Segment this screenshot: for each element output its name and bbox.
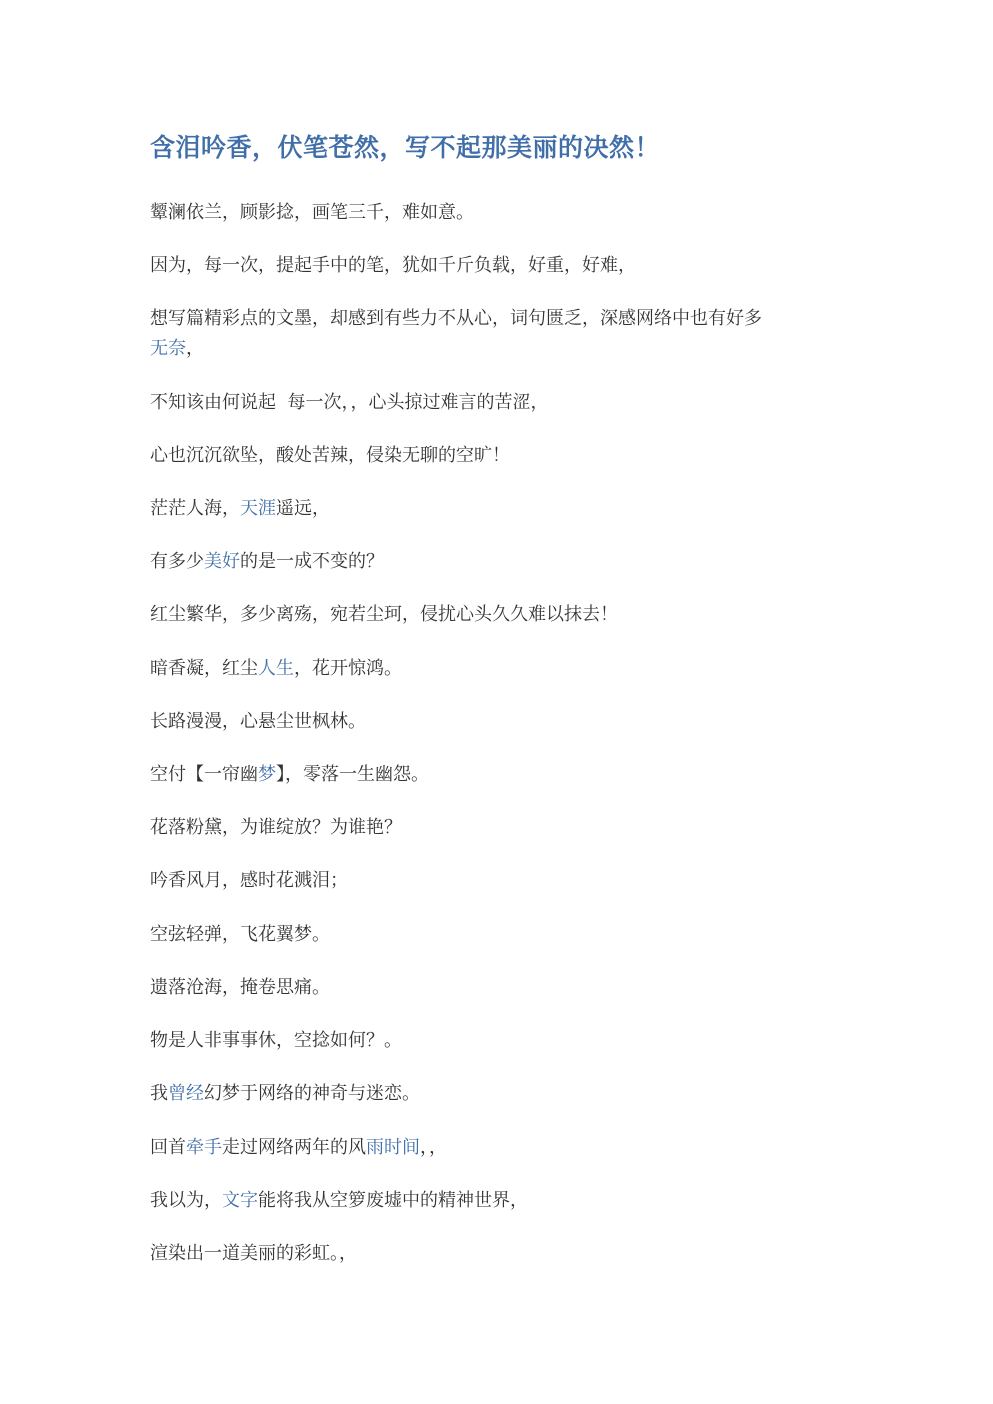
paragraph: 我以为，文字能将我从空箩废墟中的精神世界，	[150, 1186, 528, 1216]
text-segment: 因为，每一次，提起手中的笔，犹如千斤负载，好重，好难，	[150, 255, 636, 276]
text-segment: ，花开惊鸿。	[294, 658, 402, 679]
text-segment: 渲染出一道美丽的彩虹。，	[150, 1243, 357, 1264]
keyword-link[interactable]: 牵手	[186, 1137, 222, 1158]
text-segment: 遥远，	[276, 498, 330, 519]
text-segment: 空弦轻弹，飞花翼梦。	[150, 924, 330, 945]
text-segment: 我	[150, 1083, 168, 1104]
paragraph: 不知该由何说起 每一次，，心头掠过难言的苦涩，	[150, 388, 548, 418]
text-segment: ，，	[420, 1137, 447, 1158]
paragraph: 回首牵手走过网络两年的风雨时间，，	[150, 1133, 447, 1163]
text-segment: 暗香凝，红尘	[150, 658, 258, 679]
paragraph: 茫茫人海，天涯遥远，	[150, 494, 330, 524]
paragraph: 遗落沧海，掩卷思痛。	[150, 973, 330, 1003]
text-segment: 花落粉黛，为谁绽放？为谁艳？	[150, 817, 402, 838]
document-title: 含泪吟香，伏笔苍然，写不起那美丽的决然！	[150, 128, 660, 164]
text-segment: 我以为，	[150, 1190, 222, 1211]
text-segment: 颦澜依兰，顾影捻，画笔三千，难如意。	[150, 202, 474, 223]
paragraph: 空弦轻弹，飞花翼梦。	[150, 920, 330, 950]
text-segment: 心也沉沉欲坠，酸处苦辣，侵染无聊的空旷！	[150, 445, 510, 466]
text-segment: 有多少	[150, 551, 204, 572]
text-segment: 幻梦于网络的神奇与迷恋。	[204, 1083, 420, 1104]
keyword-link[interactable]: 梦	[258, 764, 276, 785]
text-segment: 红尘繁华，多少离殇，宛若尘珂，侵扰心头久久难以抹去！	[150, 604, 618, 625]
paragraph: 吟香风月，感时花溅泪；	[150, 866, 348, 896]
text-segment: 走过网络两年的风	[222, 1137, 366, 1158]
text-segment: 的是一成不变的？	[240, 551, 384, 572]
text-segment: 不知该由何说起 每一次，，心头掠过难言的苦涩，	[150, 392, 548, 413]
paragraph: 花落粉黛，为谁绽放？为谁艳？	[150, 813, 402, 843]
paragraph: 想写篇精彩点的文墨，却感到有些力不从心，词句匮乏，深感网络中也有好多无奈，	[150, 304, 840, 364]
text-segment: 茫茫人海，	[150, 498, 240, 519]
paragraph: 因为，每一次，提起手中的笔，犹如千斤负载，好重，好难，	[150, 251, 636, 281]
paragraph: 心也沉沉欲坠，酸处苦辣，侵染无聊的空旷！	[150, 441, 510, 471]
keyword-link[interactable]: 曾经	[168, 1083, 204, 1104]
text-segment: 】，零落一生幽怨。	[276, 764, 429, 785]
paragraph: 暗香凝，红尘人生，花开惊鸿。	[150, 654, 402, 684]
text-segment: 遗落沧海，掩卷思痛。	[150, 977, 330, 998]
text-segment: 能将我从空箩废墟中的精神世界，	[258, 1190, 528, 1211]
paragraph: 空付【一帘幽梦】，零落一生幽怨。	[150, 760, 429, 790]
paragraph: 有多少美好的是一成不变的？	[150, 547, 384, 577]
paragraph: 我曾经幻梦于网络的神奇与迷恋。	[150, 1079, 420, 1109]
keyword-link[interactable]: 美好	[204, 551, 240, 572]
text-segment: 空付【一帘幽	[150, 764, 258, 785]
keyword-link[interactable]: 天涯	[240, 498, 276, 519]
paragraph: 物是人非事事休，空捻如何？。	[150, 1026, 402, 1056]
keyword-link[interactable]: 文字	[222, 1190, 258, 1211]
keyword-link[interactable]: 雨时间	[366, 1137, 420, 1158]
text-segment: 长路漫漫，心悬尘世枫林。	[150, 711, 366, 732]
text-segment: 物是人非事事休，空捻如何？。	[150, 1030, 402, 1051]
paragraph: 颦澜依兰，顾影捻，画笔三千，难如意。	[150, 198, 474, 228]
paragraph: 红尘繁华，多少离殇，宛若尘珂，侵扰心头久久难以抹去！	[150, 600, 618, 630]
text-segment: 回首	[150, 1137, 186, 1158]
text-segment: 想写篇精彩点的文墨，却感到有些力不从心，词句匮乏，深感网络中也有好多	[150, 308, 762, 329]
text-segment: 吟香风月，感时花溅泪；	[150, 870, 348, 891]
keyword-link[interactable]: 无奈	[150, 338, 186, 359]
paragraph: 长路漫漫，心悬尘世枫林。	[150, 707, 366, 737]
text-segment: ，	[186, 338, 204, 359]
paragraph: 渲染出一道美丽的彩虹。，	[150, 1239, 357, 1269]
keyword-link[interactable]: 人生	[258, 658, 294, 679]
